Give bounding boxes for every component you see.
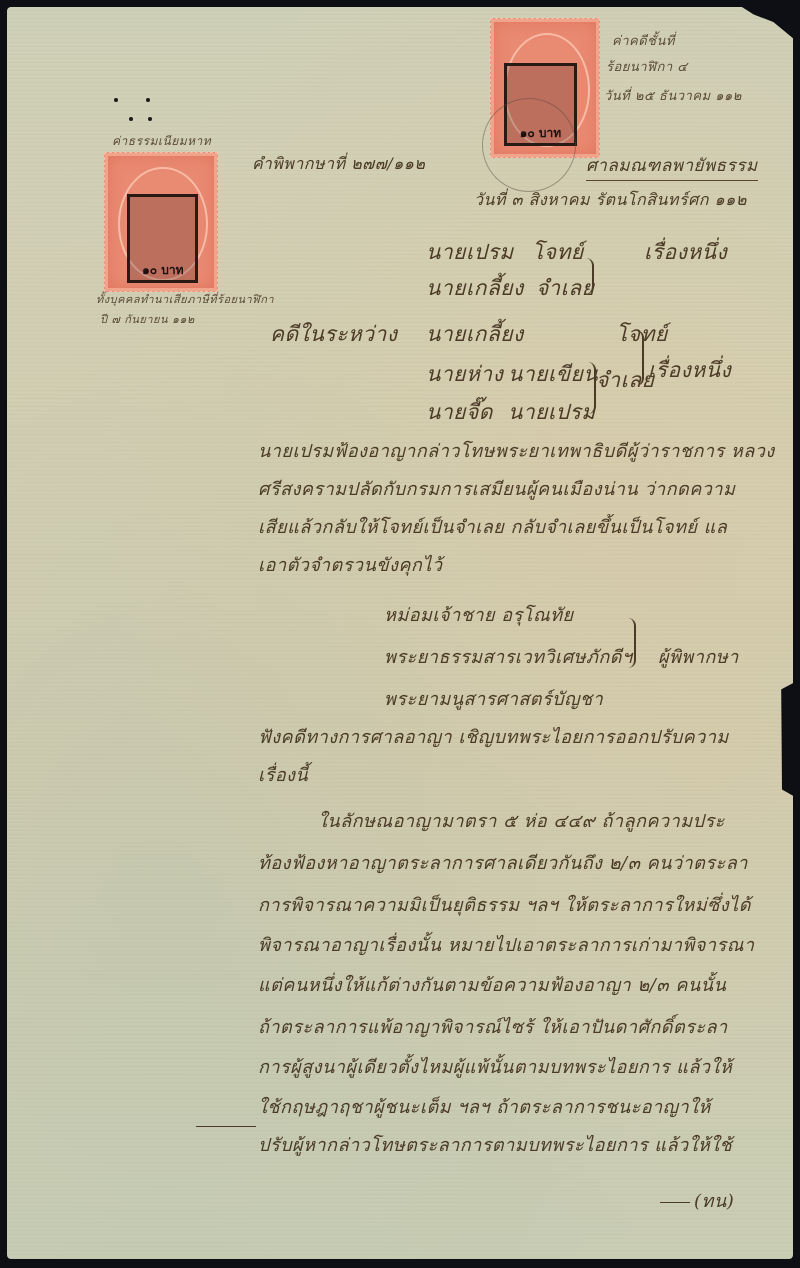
party-1-defendant: นายเกลี้ยง [426,272,524,305]
punch-hole [148,117,152,121]
punch-hole [114,98,118,102]
para3-line-9: ปรับผู้หากล่าวโทษตระลาการตามบทพระไอยการ … [258,1130,732,1159]
para2-line-2: เรื่องนี้ [258,760,308,789]
party-2-defendant-1: นายห่าง [426,358,503,391]
annotation-line-3: วันที่ ๒๕ ธันวาคม ๑๑๒ [604,85,742,106]
stamp-note-line-1: ทั้งบุคคลทำนาเสียภาษีที่ร้อยนาฬิกา [96,290,274,308]
party-2-defendant-role: จำเลย [596,364,654,397]
party-1-plaintiff-role: โจทย์ [532,236,584,269]
party-2-defendant-2: นายเขียน [508,358,598,391]
para1-line-2: ศรีสงครามปลัดกับกรมการเสมียนผู้คนเมืองน่… [258,474,735,503]
judges-role: ผู้พิพากษา [658,642,739,671]
flourish-stroke [196,1126,256,1127]
para3-line-5: แต่คนหนึ่งให้แก้ต่างกันตามข้อความฟ้องอาญ… [258,970,726,999]
postmark-circle [482,98,576,192]
para1-line-4: เอาตัวจำตรวนขังคุกไว้ [258,550,442,579]
para3-line-6: ถ้าตระลาการแพ้อาญาพิจารณ์ไซร้ ให้เอาปันด… [258,1012,728,1041]
judgment-date: วันที่ ๓ สิงหาคม รัตนโกสินทร์ศก ๑๑๒ [474,188,747,213]
party-2-defendant-4: นายเปรม [508,396,596,429]
para3-line-3: การพิจารณาความมิเป็นยุติธรรม ฯลฯ ให้ตระล… [258,890,751,919]
bracket [628,618,636,668]
stamp-overprint: ๑๐ บาท [127,194,198,283]
party-2-defendant-3: นายจี๊ด [426,396,493,429]
punch-hole [146,98,150,102]
judge-3: พระยามนูสารศาสตร์บัญชา [384,684,603,713]
party-1-plaintiff: นายเปรม [426,236,514,269]
para3-line-1: ในลักษณอาญามาตรา ๕ ห่อ ๔๔๙ ถ้าลูกความประ [318,806,725,835]
punch-hole [129,117,133,121]
bracket [586,258,594,294]
case-number: คำพิพากษาที่ ๒๗๗/๑๑๒ [252,152,425,177]
bracket [588,362,596,414]
bracket [636,330,644,386]
para1-line-1: นายเปรมฟ้องอาญากล่าวโทษพระยาเทพาธิบดีผู้… [258,436,775,465]
para3-line-7: การผู้สูงนาผู้เดียวตั้งไหมผู้แพ้นั้นตามบ… [258,1052,732,1081]
para1-line-3: เสียแล้วกลับให้โจทย์เป็นจำเลย กลับจำเลยข… [258,512,727,541]
party-2-case-label: เรื่องหนึ่ง [648,354,731,387]
party-2-plaintiff: นายเกลี้ยง [426,318,524,351]
para3-line-2: ท้องฟ้องหาอาญาตระลาการศาลเดียวกันถึง ๒/๓… [258,848,748,877]
stamp-note-line-2: ปี ๗ กันยายน ๑๑๒ [100,310,195,328]
parties-label: คดีในระหว่าง [270,318,398,351]
revenue-stamp-left: ๑๐ บาท [104,152,218,292]
annotation-line-2: ร้อยนาฬิกา ๔ [606,56,688,77]
para2-line-1: ฟังคดีทางการศาลอาญา เชิญบทพระไอยการออกปร… [258,722,729,751]
party-1-case-label: เรื่องหนึ่ง [644,236,727,269]
para3-line-4: พิจารณาอาญาเรื่องนั้น หมายไปเอาตระลาการเ… [258,930,755,959]
judge-1: หม่อมเจ้าชาย อรุโณทัย [384,600,574,629]
flourish-stroke [660,1202,690,1203]
annotation-line-1: ค่าคดีชั้นที่ [612,30,675,51]
judge-2: พระยาธรรมสารเวทวิเศษภักดีฯ [384,642,633,671]
continuation-mark: (ทน) [694,1186,734,1215]
stamp-above-text: ค่าธรรมเนียมหาท [112,132,211,151]
para3-line-8: ใช้กฤษฎาฤชาผู้ชนะเต็ม ฯลฯ ถ้าตระลาการชนะ… [258,1092,711,1121]
court-name: ศาลมณฑลพายัพธรรม [586,152,758,181]
